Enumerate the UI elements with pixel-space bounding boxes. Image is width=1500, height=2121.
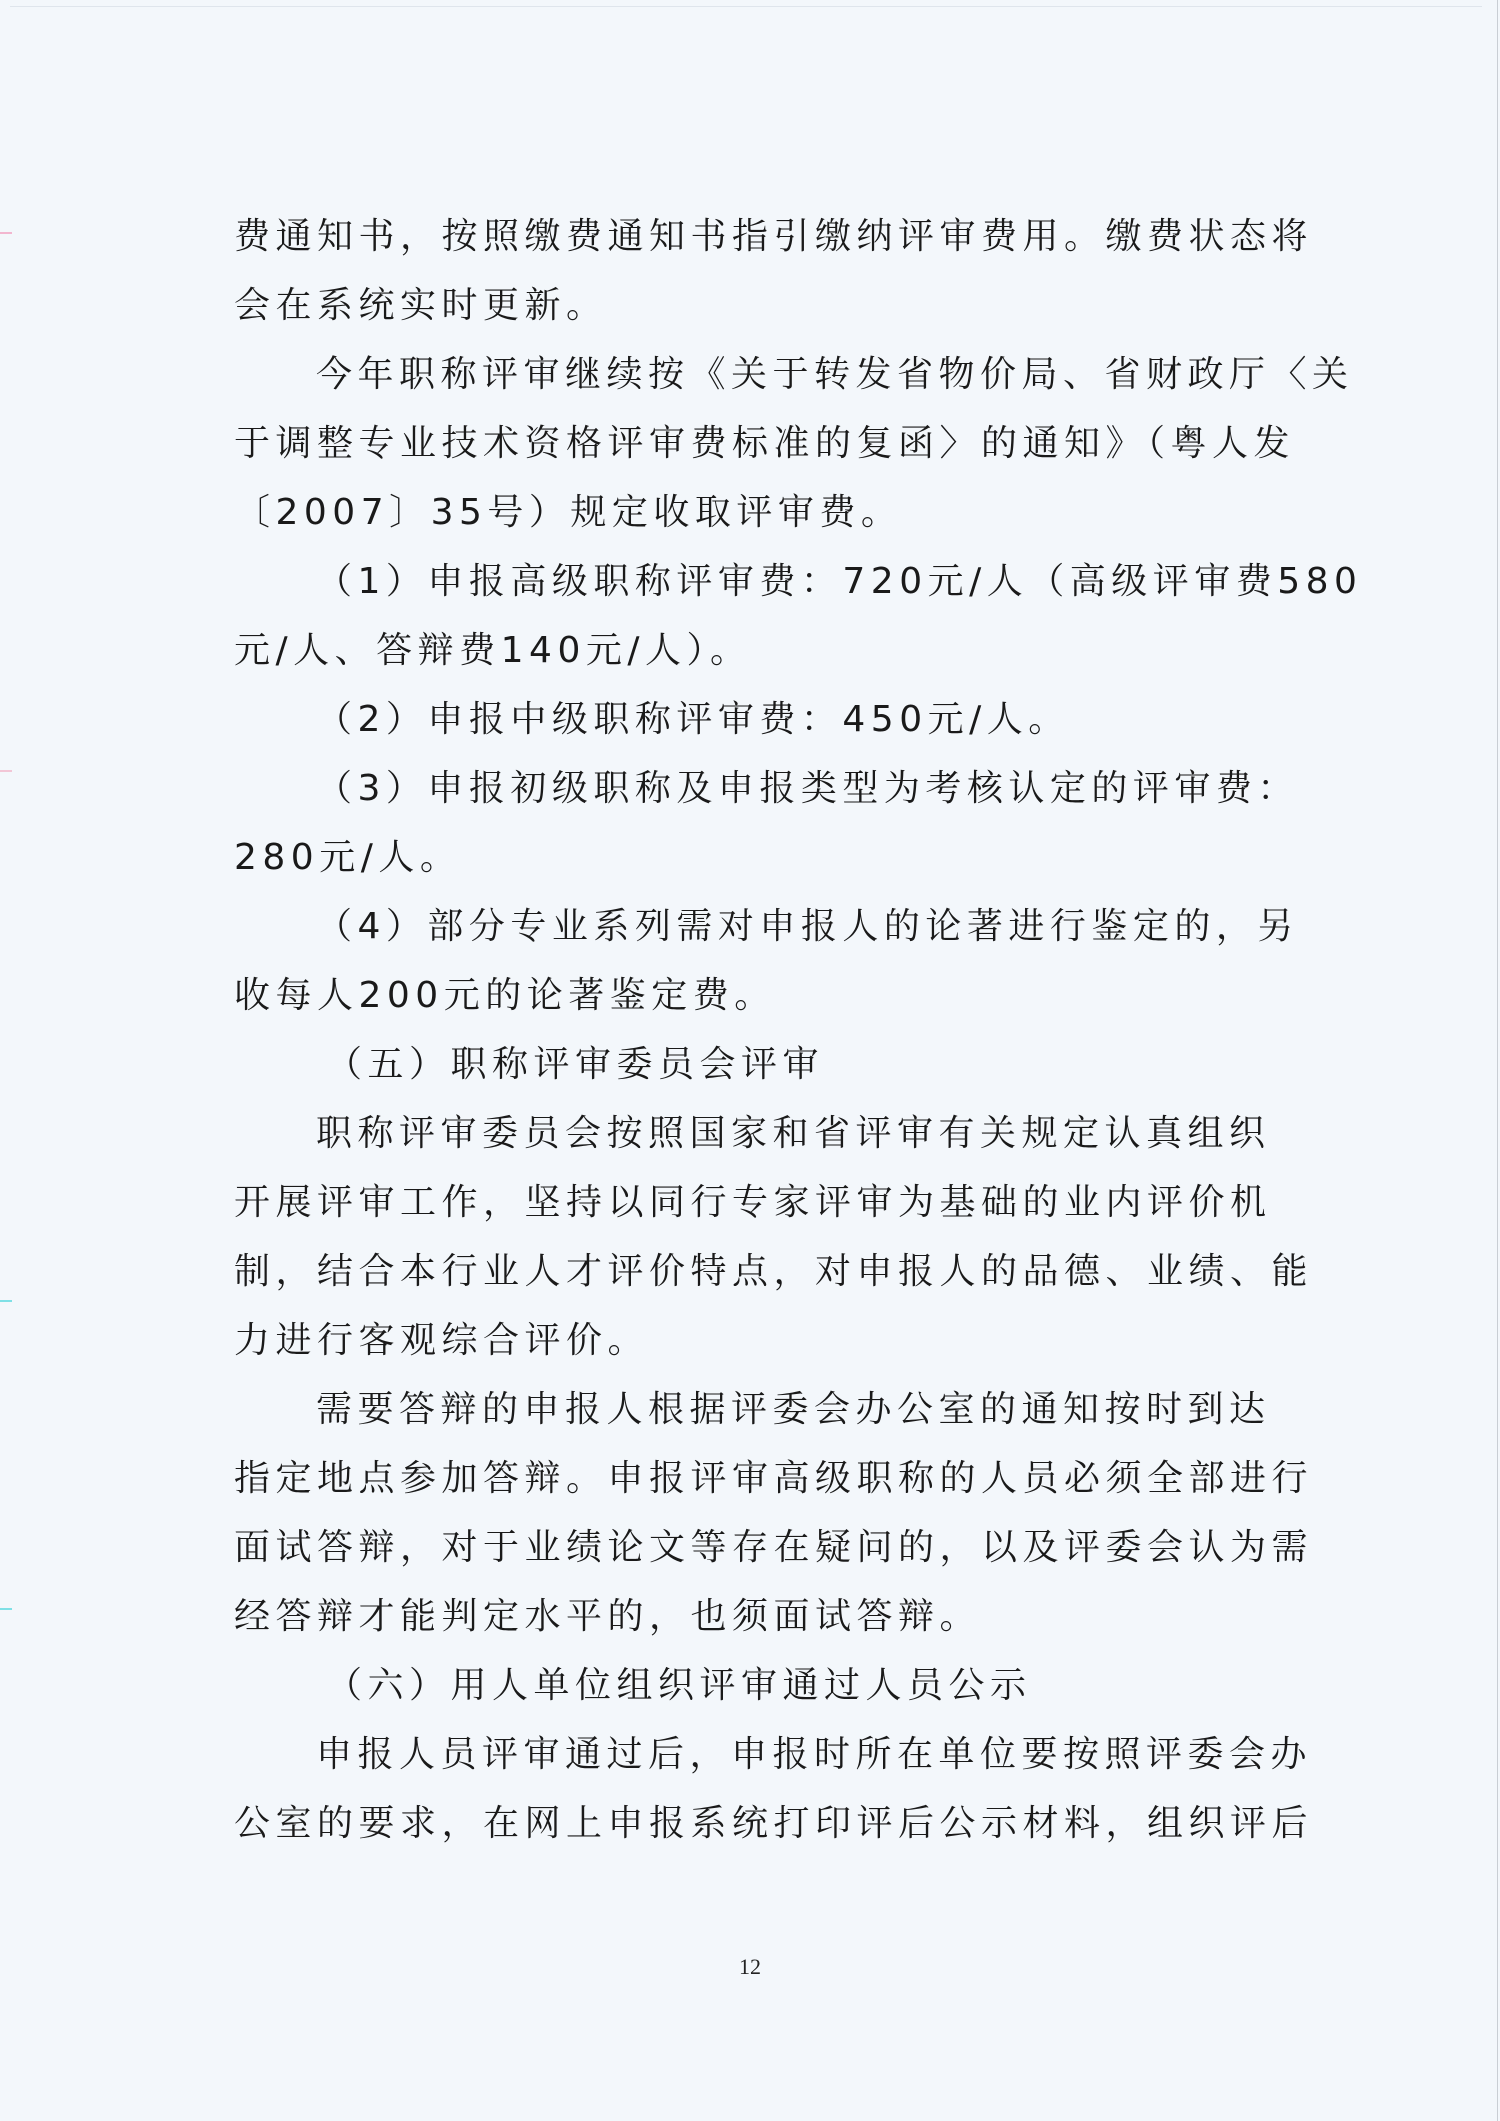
text-line: 开展评审工作，坚持以同行专家评审为基础的业内评价机 <box>234 1168 1274 1237</box>
fee-item-junior: （3）申报初级职称及申报类型为考核认定的评审费： <box>234 754 1274 823</box>
fee-item-appraisal: （4）部分专业系列需对申报人的论著进行鉴定的，另 <box>234 892 1274 961</box>
scan-edge-right <box>1497 0 1498 2121</box>
fee-item-senior: （1）申报高级职称评审费：720元/人（高级评审费580 <box>234 547 1274 616</box>
scan-edge-top <box>10 6 1482 7</box>
paragraph-first-line: 今年职称评审继续按《关于转发省物价局、省财政厅〈关 <box>234 340 1274 409</box>
section-heading-6: （六）用人单位组织评审通过人员公示 <box>234 1651 1274 1720</box>
text-line: 经答辩才能判定水平的，也须面试答辩。 <box>234 1582 1274 1651</box>
text-line: 收每人200元的论著鉴定费。 <box>234 961 1274 1030</box>
fee-item-intermediate: （2）申报中级职称评审费：450元/人。 <box>234 685 1274 754</box>
text-line: 元/人、答辩费140元/人）。 <box>234 616 1274 685</box>
margin-mark <box>0 770 12 772</box>
paragraph-first-line: 申报人员评审通过后，申报时所在单位要按照评委会办 <box>234 1720 1274 1789</box>
page-number: 12 <box>0 1954 1500 1980</box>
paragraph-first-line: 需要答辩的申报人根据评委会办公室的通知按时到达 <box>234 1375 1274 1444</box>
document-body: 费通知书，按照缴费通知书指引缴纳评审费用。缴费状态将 会在系统实时更新。 今年职… <box>234 202 1274 1858</box>
text-line: 制，结合本行业人才评价特点，对申报人的品德、业绩、能 <box>234 1237 1274 1306</box>
text-line: 公室的要求，在网上申报系统打印评后公示材料，组织评后 <box>234 1789 1274 1858</box>
text-line: 〔2007〕35号）规定收取评审费。 <box>234 478 1274 547</box>
paragraph-first-line: 职称评审委员会按照国家和省评审有关规定认真组织 <box>234 1099 1274 1168</box>
margin-mark <box>0 1608 12 1610</box>
text-line: 力进行客观综合评价。 <box>234 1306 1274 1375</box>
text-line: 于调整专业技术资格评审费标准的复函〉的通知》（粤人发 <box>234 409 1274 478</box>
text-line: 费通知书，按照缴费通知书指引缴纳评审费用。缴费状态将 <box>234 202 1274 271</box>
text-line: 会在系统实时更新。 <box>234 271 1274 340</box>
text-line: 280元/人。 <box>234 823 1274 892</box>
section-heading-5: （五）职称评审委员会评审 <box>234 1030 1274 1099</box>
text-line: 面试答辩，对于业绩论文等存在疑问的，以及评委会认为需 <box>234 1513 1274 1582</box>
scanned-page: 费通知书，按照缴费通知书指引缴纳评审费用。缴费状态将 会在系统实时更新。 今年职… <box>0 0 1500 2121</box>
text-line: 指定地点参加答辩。申报评审高级职称的人员必须全部进行 <box>234 1444 1274 1513</box>
margin-mark <box>0 1300 12 1302</box>
margin-mark <box>0 232 12 234</box>
